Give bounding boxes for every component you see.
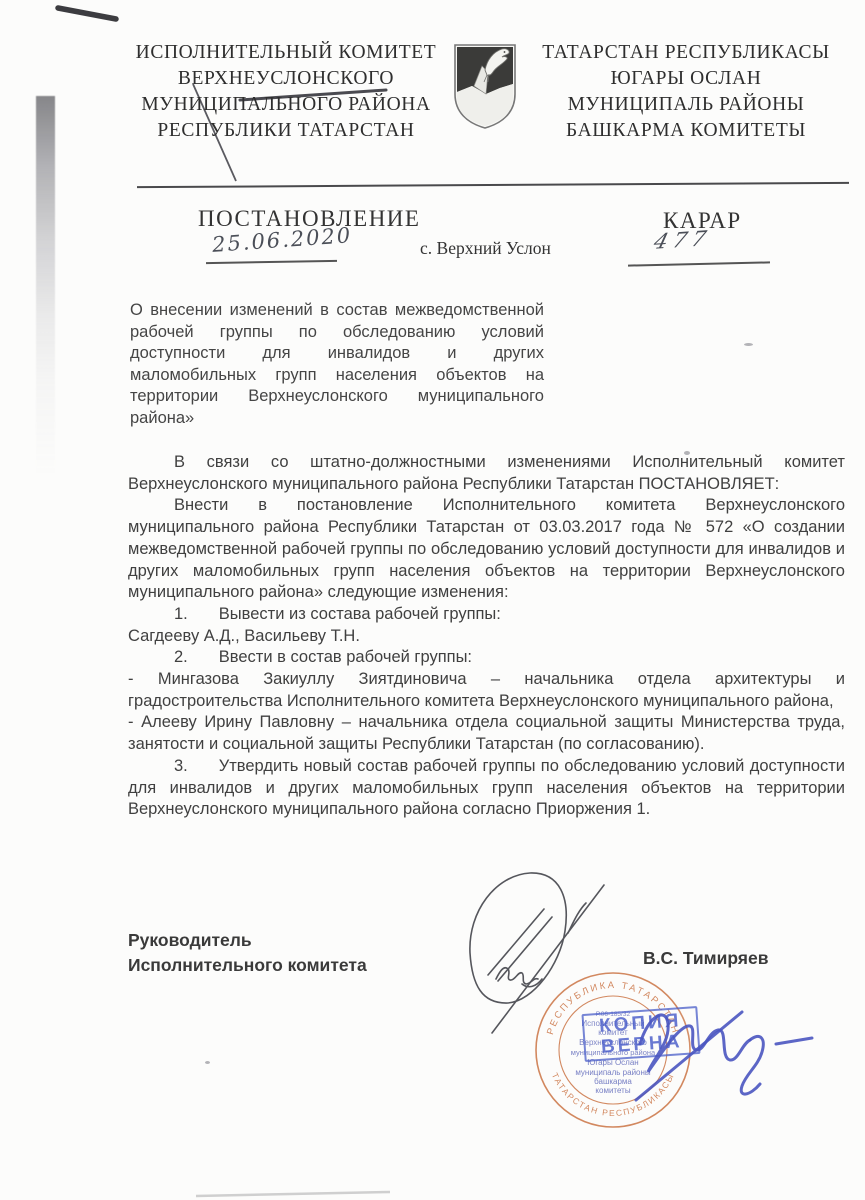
falcon-eye — [504, 51, 506, 53]
item-number: 2. — [174, 648, 219, 666]
list-item-1: 1.Вывести из состава рабочей группы: — [128, 604, 845, 626]
date-underline — [206, 260, 337, 264]
number-underline — [628, 261, 770, 266]
decree-body: В связи со штатно-должностными изменения… — [128, 452, 845, 821]
pen-mark — [58, 8, 116, 19]
paragraph-preamble: В связи со штатно-должностными изменения… — [128, 452, 845, 495]
scan-shadow-band — [36, 96, 55, 476]
org-name-russian: ИСПОЛНИТЕЛЬНЫЙ КОМИТЕТ ВЕРХНЕУСЛОНСКОГО … — [126, 40, 446, 144]
coat-of-arms-emblem — [452, 42, 518, 130]
added-member-2: - Алееву Ирину Павловну – начальника отд… — [128, 712, 845, 755]
signer-name: В.С. Тимиряев — [643, 948, 769, 969]
decree-subject: О внесении изменений в состав межведомст… — [130, 300, 544, 430]
item-text: Утвердить новый состав рабочей группы по… — [128, 757, 845, 818]
signer-title: Руководитель Исполнительного комитета — [128, 928, 367, 978]
paragraph-amendment: Внести в постановление Исполнительного к… — [128, 495, 845, 604]
item-text: Ввести в состав рабочей группы: — [219, 648, 472, 666]
item-text: Вывести из состава рабочей группы: — [219, 605, 501, 623]
handwritten-number: 477 — [651, 226, 713, 254]
place-name: с. Верхний Услон — [420, 238, 551, 259]
item-number: 1. — [174, 605, 219, 623]
list-item-2: 2.Ввести в состав рабочей группы: — [128, 647, 845, 669]
blue-signature — [626, 982, 821, 1112]
removed-members: Сагдееву А.Д., Васильеву Т.Н. — [128, 626, 845, 648]
header-divider-line — [137, 182, 849, 189]
added-member-1: - Мингазова Закиуллу Зиятдиновича – нача… — [128, 669, 845, 712]
list-item-3: 3.Утвердить новый состав рабочей группы … — [128, 756, 845, 821]
scan-smudge — [196, 1192, 390, 1196]
org-name-tatar: ТАТАРСТАН РЕСПУБЛИКАСЫ ЮГАРЫ ОСЛАН МУНИЦ… — [526, 40, 846, 144]
scan-speck — [205, 1061, 210, 1064]
scanned-decree-page: ИСПОЛНИТЕЛЬНЫЙ КОМИТЕТ ВЕРХНЕУСЛОНСКОГО … — [0, 0, 865, 1200]
scan-speck — [744, 343, 753, 346]
item-number: 3. — [174, 757, 219, 775]
